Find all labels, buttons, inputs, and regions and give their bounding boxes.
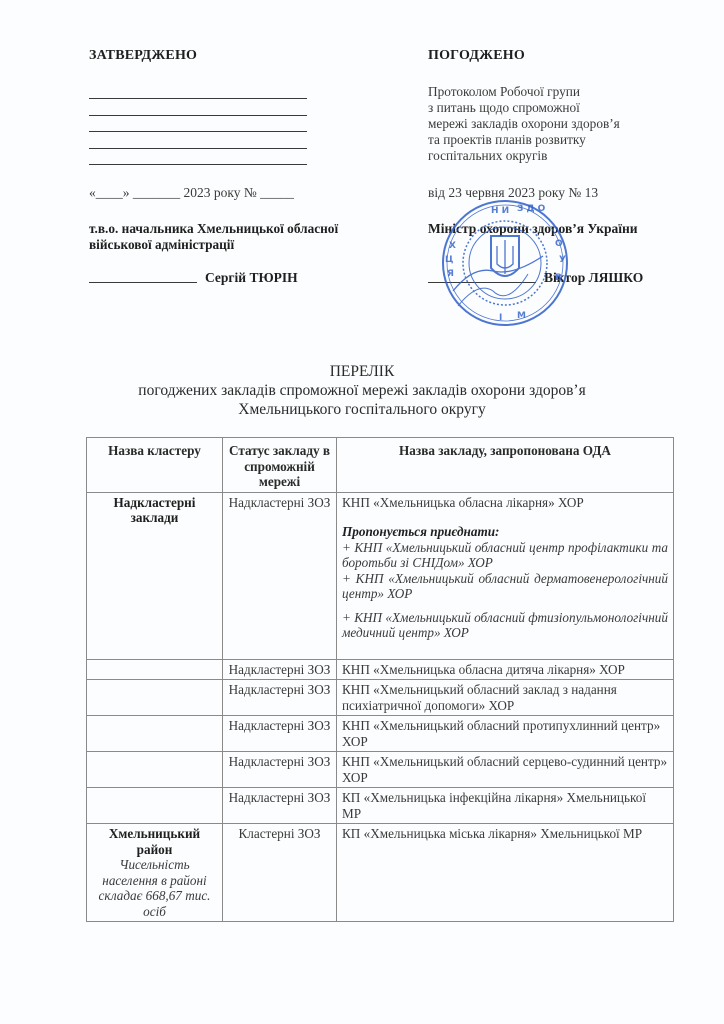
- agreed-block: ПОГОДЖЕНО Протоколом Робочої групи з пит…: [428, 48, 688, 64]
- status-cell: Надкластерні ЗОЗ: [223, 659, 337, 680]
- minister-signature: Віктор ЛЯШКО: [428, 270, 643, 286]
- document-heading: ПЕРЕЛІК погоджених закладів спроможної м…: [0, 362, 724, 419]
- protocol-line: мережі закладів охорони здоров’я: [428, 116, 620, 132]
- table-row: Надкластерні ЗОЗ КНП «Хмельницький облас…: [87, 680, 674, 716]
- proposal-item: + КНП «Хмельницький обласний дерматовене…: [342, 571, 668, 602]
- facility-name: КНП «Хмельницька обласна лікарня» ХОР: [342, 495, 668, 511]
- proposal-item: + КНП «Хмельницький обласний фтизіопульм…: [342, 610, 668, 641]
- facility-cell: КНП «Хмельницька обласна дитяча лікарня»…: [337, 659, 674, 680]
- facility-cell: КНП «Хмельницький обласний серцево-судин…: [337, 752, 674, 788]
- facility-cell: КП «Хмельницька інфекційна лікарня» Хмел…: [337, 788, 674, 824]
- table-row: Надкластерні заклади Надкластерні ЗОЗ КН…: [87, 492, 674, 659]
- facility-cell: КНП «Хмельницька обласна лікарня» ХОР Пр…: [337, 492, 674, 659]
- blank-line: [89, 131, 307, 132]
- minister-name: Віктор ЛЯШКО: [544, 270, 643, 285]
- table-row: Надкластерні ЗОЗ КНП «Хмельницький облас…: [87, 752, 674, 788]
- protocol-line: Протоколом Робочої групи: [428, 84, 620, 100]
- facility-cell: КНП «Хмельницький обласний протипухлинни…: [337, 716, 674, 752]
- column-header-facility: Назва закладу, запропонована ОДА: [337, 438, 674, 493]
- svg-text:О: О: [555, 239, 563, 249]
- svg-text:Ц: Ц: [445, 255, 453, 265]
- protocol-text: Протоколом Робочої групи з питань щодо с…: [428, 84, 620, 164]
- cluster-cell: [87, 659, 223, 680]
- approved-block: ЗАТВЕРДЖЕНО «____» _______ 2023 року № _…: [89, 48, 379, 64]
- facility-cell: КНП «Хмельницький обласний заклад з нада…: [337, 680, 674, 716]
- table-header-row: Назва кластеру Статус закладу в спроможн…: [87, 438, 674, 493]
- cluster-cell: Хмельницький район Чисельність населення…: [87, 824, 223, 922]
- svg-text:Х: Х: [449, 241, 456, 251]
- status-cell: Надкластерні ЗОЗ: [223, 788, 337, 824]
- protocol-line: з питань щодо спроможної: [428, 100, 620, 116]
- svg-text:З Д О: З Д О: [517, 204, 546, 214]
- document-subtitle-line: погоджених закладів спроможної мережі за…: [0, 381, 724, 400]
- cluster-cell: [87, 752, 223, 788]
- approval-signature-lines: [89, 98, 307, 165]
- approver-position: т.в.о. начальника Хмельницької обласної …: [89, 221, 389, 253]
- protocol-date: від 23 червня 2023 року № 13: [428, 185, 598, 201]
- status-cell: Надкластерні ЗОЗ: [223, 716, 337, 752]
- status-cell: Надкластерні ЗОЗ: [223, 752, 337, 788]
- status-cell: Кластерні ЗОЗ: [223, 824, 337, 922]
- signature-blank: [428, 282, 536, 283]
- table-row: Надкластерні ЗОЗ КНП «Хмельницька обласн…: [87, 659, 674, 680]
- column-header-cluster: Назва кластеру: [87, 438, 223, 493]
- protocol-line: госпітальних округів: [428, 148, 620, 164]
- cluster-cell: [87, 716, 223, 752]
- proposal-heading: Пропонується приєднати:: [342, 524, 668, 540]
- document-title: ПЕРЕЛІК: [0, 362, 724, 381]
- cluster-name: Хмельницький район: [92, 826, 217, 857]
- blank-line: [89, 164, 307, 165]
- facilities-table: Назва кластеру Статус закладу в спроможн…: [86, 437, 674, 922]
- proposal-item: + КНП «Хмельницький обласний центр профі…: [342, 540, 668, 571]
- svg-text:Н И: Н И: [491, 206, 509, 216]
- approval-date-line: «____» _______ 2023 року № _____: [89, 185, 294, 201]
- svg-text:У: У: [559, 255, 566, 265]
- cluster-name: Надкластерні заклади: [114, 495, 196, 526]
- document-subtitle-line: Хмельницького госпітального округу: [0, 400, 724, 419]
- approved-title: ЗАТВЕРДЖЕНО: [89, 48, 379, 64]
- population-note: Чисельність населення в районі складає 6…: [92, 857, 217, 919]
- column-header-status: Статус закладу в спроможній мережі: [223, 438, 337, 493]
- protocol-line: та проектів планів розвитку: [428, 132, 620, 148]
- cluster-cell: [87, 788, 223, 824]
- approver-signature: Сергій ТЮРІН: [89, 270, 298, 286]
- signature-blank: [89, 282, 197, 283]
- document-page: ЗАТВЕРДЖЕНО «____» _______ 2023 року № _…: [0, 0, 724, 1024]
- agreed-title: ПОГОДЖЕНО: [428, 48, 688, 64]
- cluster-cell: [87, 680, 223, 716]
- official-stamp-icon: Н И З Д О Х Ц Я О У В І М: [433, 196, 583, 331]
- status-cell: Надкластерні ЗОЗ: [223, 680, 337, 716]
- table-row: Надкластерні ЗОЗ КНП «Хмельницький облас…: [87, 716, 674, 752]
- status-cell: Надкластерні ЗОЗ: [223, 492, 337, 659]
- facility-cell: КП «Хмельницька міська лікарня» Хмельниц…: [337, 824, 674, 922]
- approver-name: Сергій ТЮРІН: [205, 270, 298, 285]
- svg-text:І: І: [499, 313, 502, 323]
- blank-line: [89, 98, 307, 99]
- cluster-cell: Надкластерні заклади: [87, 492, 223, 659]
- table-row: Надкластерні ЗОЗ КП «Хмельницька інфекці…: [87, 788, 674, 824]
- ministry-title: Міністр охорони здоров’я України: [428, 221, 638, 237]
- blank-line: [89, 148, 307, 149]
- svg-text:М: М: [517, 311, 526, 321]
- table-row: Хмельницький район Чисельність населення…: [87, 824, 674, 922]
- blank-line: [89, 115, 307, 116]
